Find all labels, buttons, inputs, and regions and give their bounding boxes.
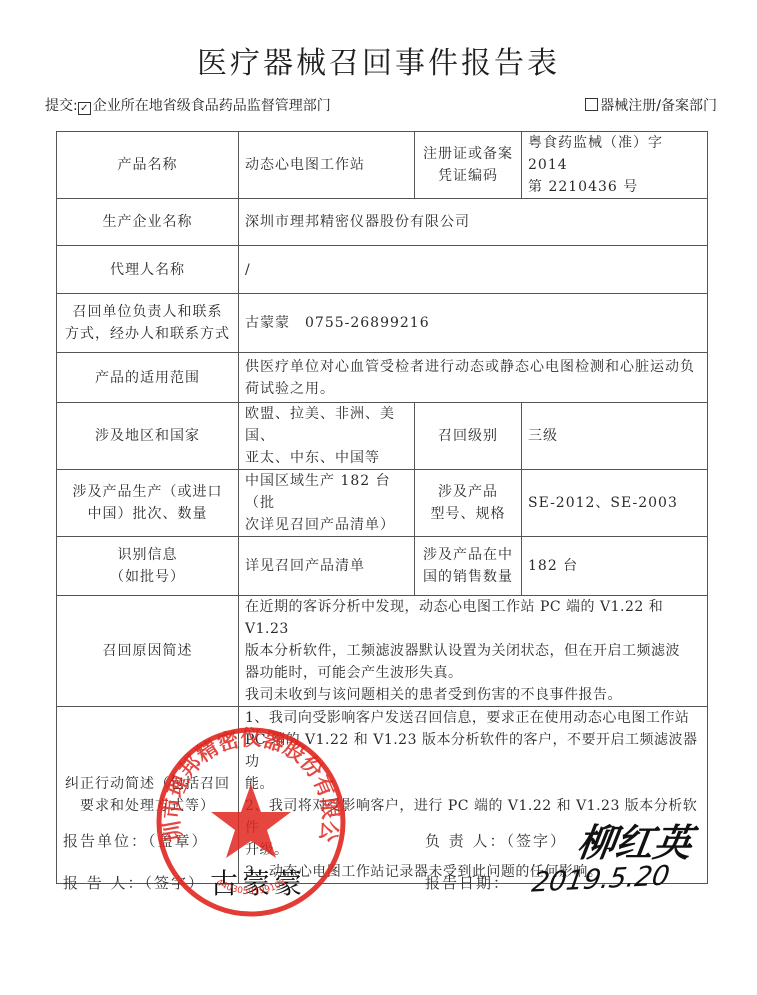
submit-option-provincial: 提交:✓企业所在地省级食品药品监督管理部门 [45, 95, 331, 115]
submit-option-registration: 器械注册/备案部门 [585, 95, 717, 115]
value-line: 我司未收到与该问题相关的患者受到伤害的不良事件报告。 [245, 684, 701, 706]
checkbox-unchecked-icon[interactable] [585, 98, 598, 111]
label-corrective-action: 纠正行动简述（包括召回 要求和处理方式等） [57, 707, 239, 884]
value-contact: 古蒙蒙 0755-26899216 [239, 294, 708, 353]
label-recall-level: 召回级别 [415, 403, 522, 470]
label-line: 要求和处理方式等） [63, 795, 232, 817]
row-contact: 召回单位负责人和联系 方式，经办人和联系方式 古蒙蒙 0755-26899216 [57, 294, 708, 353]
value-identification: 详见召回产品清单 [239, 537, 415, 596]
value-line: 欧盟、拉美、非洲、美国、 [245, 403, 408, 447]
row-manufacturer: 生产企业名称 深圳市理邦精密仪器股份有限公司 [57, 199, 708, 246]
submit-option-2-label: 器械注册/备案部门 [600, 98, 717, 114]
value-line: 亚太、中东、中国等 [245, 447, 408, 469]
row-agent: 代理人名称 / [57, 246, 708, 294]
reporter-signature: 古蒙蒙 [210, 862, 306, 902]
label-line: 纠正行动简述（包括召回 [63, 773, 232, 795]
row-product-name: 产品名称 动态心电图工作站 注册证或备案 凭证编码 粤食药监械（准）字 2014… [57, 132, 708, 199]
label-registration-code: 注册证或备案 凭证编码 [415, 132, 522, 199]
label-line: （如批号） [63, 566, 232, 588]
value-scope: 供医疗单位对心血管受检者进行动态或静态心电图检测和心脏运动负 荷试验之用。 [239, 353, 708, 403]
report-unit-note: （盖章） [148, 832, 209, 850]
value-line: 1、我司向受影响客户发送召回信息，要求正在使用动态心电图工作站 [245, 707, 701, 729]
label-line: 中国）批次、数量 [63, 503, 232, 525]
label-china-sales: 涉及产品在中 国的销售数量 [415, 537, 522, 596]
checkbox-checked-icon[interactable]: ✓ [78, 102, 91, 115]
value-recall-reason: 在近期的客诉分析中发现，动态心电图工作站 PC 端的 V1.22 和 V1.23… [239, 596, 708, 707]
label-line: 涉及产品生产（或进口 [63, 481, 232, 503]
value-line: 荷试验之用。 [245, 378, 701, 400]
value-agent: / [239, 246, 708, 294]
value-line: 版本分析软件，工频滤波器默认设置为关闭状态，但在开启工频滤波 [245, 640, 701, 662]
label-product-name: 产品名称 [57, 132, 239, 199]
value-registration-code: 粤食药监械（准）字 2014 第 2210436 号 [522, 132, 708, 199]
label-line: 方式，经办人和联系方式 [63, 323, 232, 345]
label-regions: 涉及地区和国家 [57, 403, 239, 470]
value-line: 中国区域生产 182 台（批 [245, 470, 408, 514]
row-regions: 涉及地区和国家 欧盟、拉美、非洲、美国、 亚太、中东、中国等 召回级别 三级 [57, 403, 708, 470]
responsible-note: （签字） [507, 832, 568, 850]
reporter: 报 告 人：（签字） [63, 872, 205, 893]
row-batches: 涉及产品生产（或进口 中国）批次、数量 中国区域生产 182 台（批 次详见召回… [57, 470, 708, 537]
row-scope: 产品的适用范围 供医疗单位对心血管受检者进行动态或静态心电图检测和心脏运动负 荷… [57, 353, 708, 403]
label-contact: 召回单位负责人和联系 方式，经办人和联系方式 [57, 294, 239, 353]
reporter-note: （签字） [145, 874, 206, 892]
value-line: 器功能时，可能会产生波形失真。 [245, 662, 701, 684]
label-line: 型号、规格 [421, 503, 515, 525]
reporter-label: 报 告 人： [63, 874, 145, 892]
report-date-value: 2019.5.20 [530, 860, 672, 898]
row-recall-reason: 召回原因简述 在近期的客诉分析中发现，动态心电图工作站 PC 端的 V1.22 … [57, 596, 708, 707]
value-product-name: 动态心电图工作站 [239, 132, 415, 199]
responsible-signature: 柳红英 [574, 812, 696, 867]
value-line: 供医疗单位对心血管受检者进行动态或静态心电图检测和心脏运动负 [245, 356, 701, 378]
label-model: 涉及产品 型号、规格 [415, 470, 522, 537]
report-unit: 报告单位：（盖章） [63, 830, 209, 851]
value-line: 能。 [245, 773, 701, 795]
label-line: 国的销售数量 [421, 566, 515, 588]
row-identification: 识别信息 （如批号） 详见召回产品清单 涉及产品在中 国的销售数量 182 台 [57, 537, 708, 596]
label-manufacturer: 生产企业名称 [57, 199, 239, 246]
value-line: 第 2210436 号 [528, 176, 701, 198]
value-line: PC 端的 V1.22 和 V1.23 版本分析软件的客户，不要开启工频滤波器功 [245, 729, 701, 773]
label-line: 识别信息 [63, 544, 232, 566]
responsible-person: 负 责 人：（签字） [425, 830, 567, 851]
label-scope: 产品的适用范围 [57, 353, 239, 403]
responsible-label: 负 责 人： [425, 832, 507, 850]
report-unit-label: 报告单位： [63, 832, 148, 850]
submit-prefix: 提交: [45, 98, 78, 114]
document-title: 医疗器械召回事件报告表 [0, 38, 757, 82]
label-identification: 识别信息 （如批号） [57, 537, 239, 596]
value-recall-level: 三级 [522, 403, 708, 470]
value-batches: 中国区域生产 182 台（批 次详见召回产品清单） [239, 470, 415, 537]
report-date: 报告日期： [425, 872, 510, 893]
label-batches: 涉及产品生产（或进口 中国）批次、数量 [57, 470, 239, 537]
value-line: 在近期的客诉分析中发现，动态心电图工作站 PC 端的 V1.22 和 V1.23 [245, 596, 701, 640]
value-line: 次详见召回产品清单） [245, 514, 408, 536]
value-china-sales: 182 台 [522, 537, 708, 596]
value-manufacturer: 深圳市理邦精密仪器股份有限公司 [239, 199, 708, 246]
label-agent: 代理人名称 [57, 246, 239, 294]
label-line: 涉及产品在中 [421, 544, 515, 566]
submit-option-1-label: 企业所在地省级食品药品监督管理部门 [93, 98, 331, 114]
label-line: 召回单位负责人和联系 [63, 301, 232, 323]
label-line: 凭证编码 [421, 165, 515, 187]
label-recall-reason: 召回原因简述 [57, 596, 239, 707]
date-label: 报告日期： [425, 874, 510, 892]
value-line: 粤食药监械（准）字 2014 [528, 132, 701, 176]
value-regions: 欧盟、拉美、非洲、美国、 亚太、中东、中国等 [239, 403, 415, 470]
recall-report-table: 产品名称 动态心电图工作站 注册证或备案 凭证编码 粤食药监械（准）字 2014… [56, 131, 708, 884]
label-line: 涉及产品 [421, 481, 515, 503]
value-model: SE-2012、SE-2003 [522, 470, 708, 537]
label-line: 注册证或备案 [421, 143, 515, 165]
